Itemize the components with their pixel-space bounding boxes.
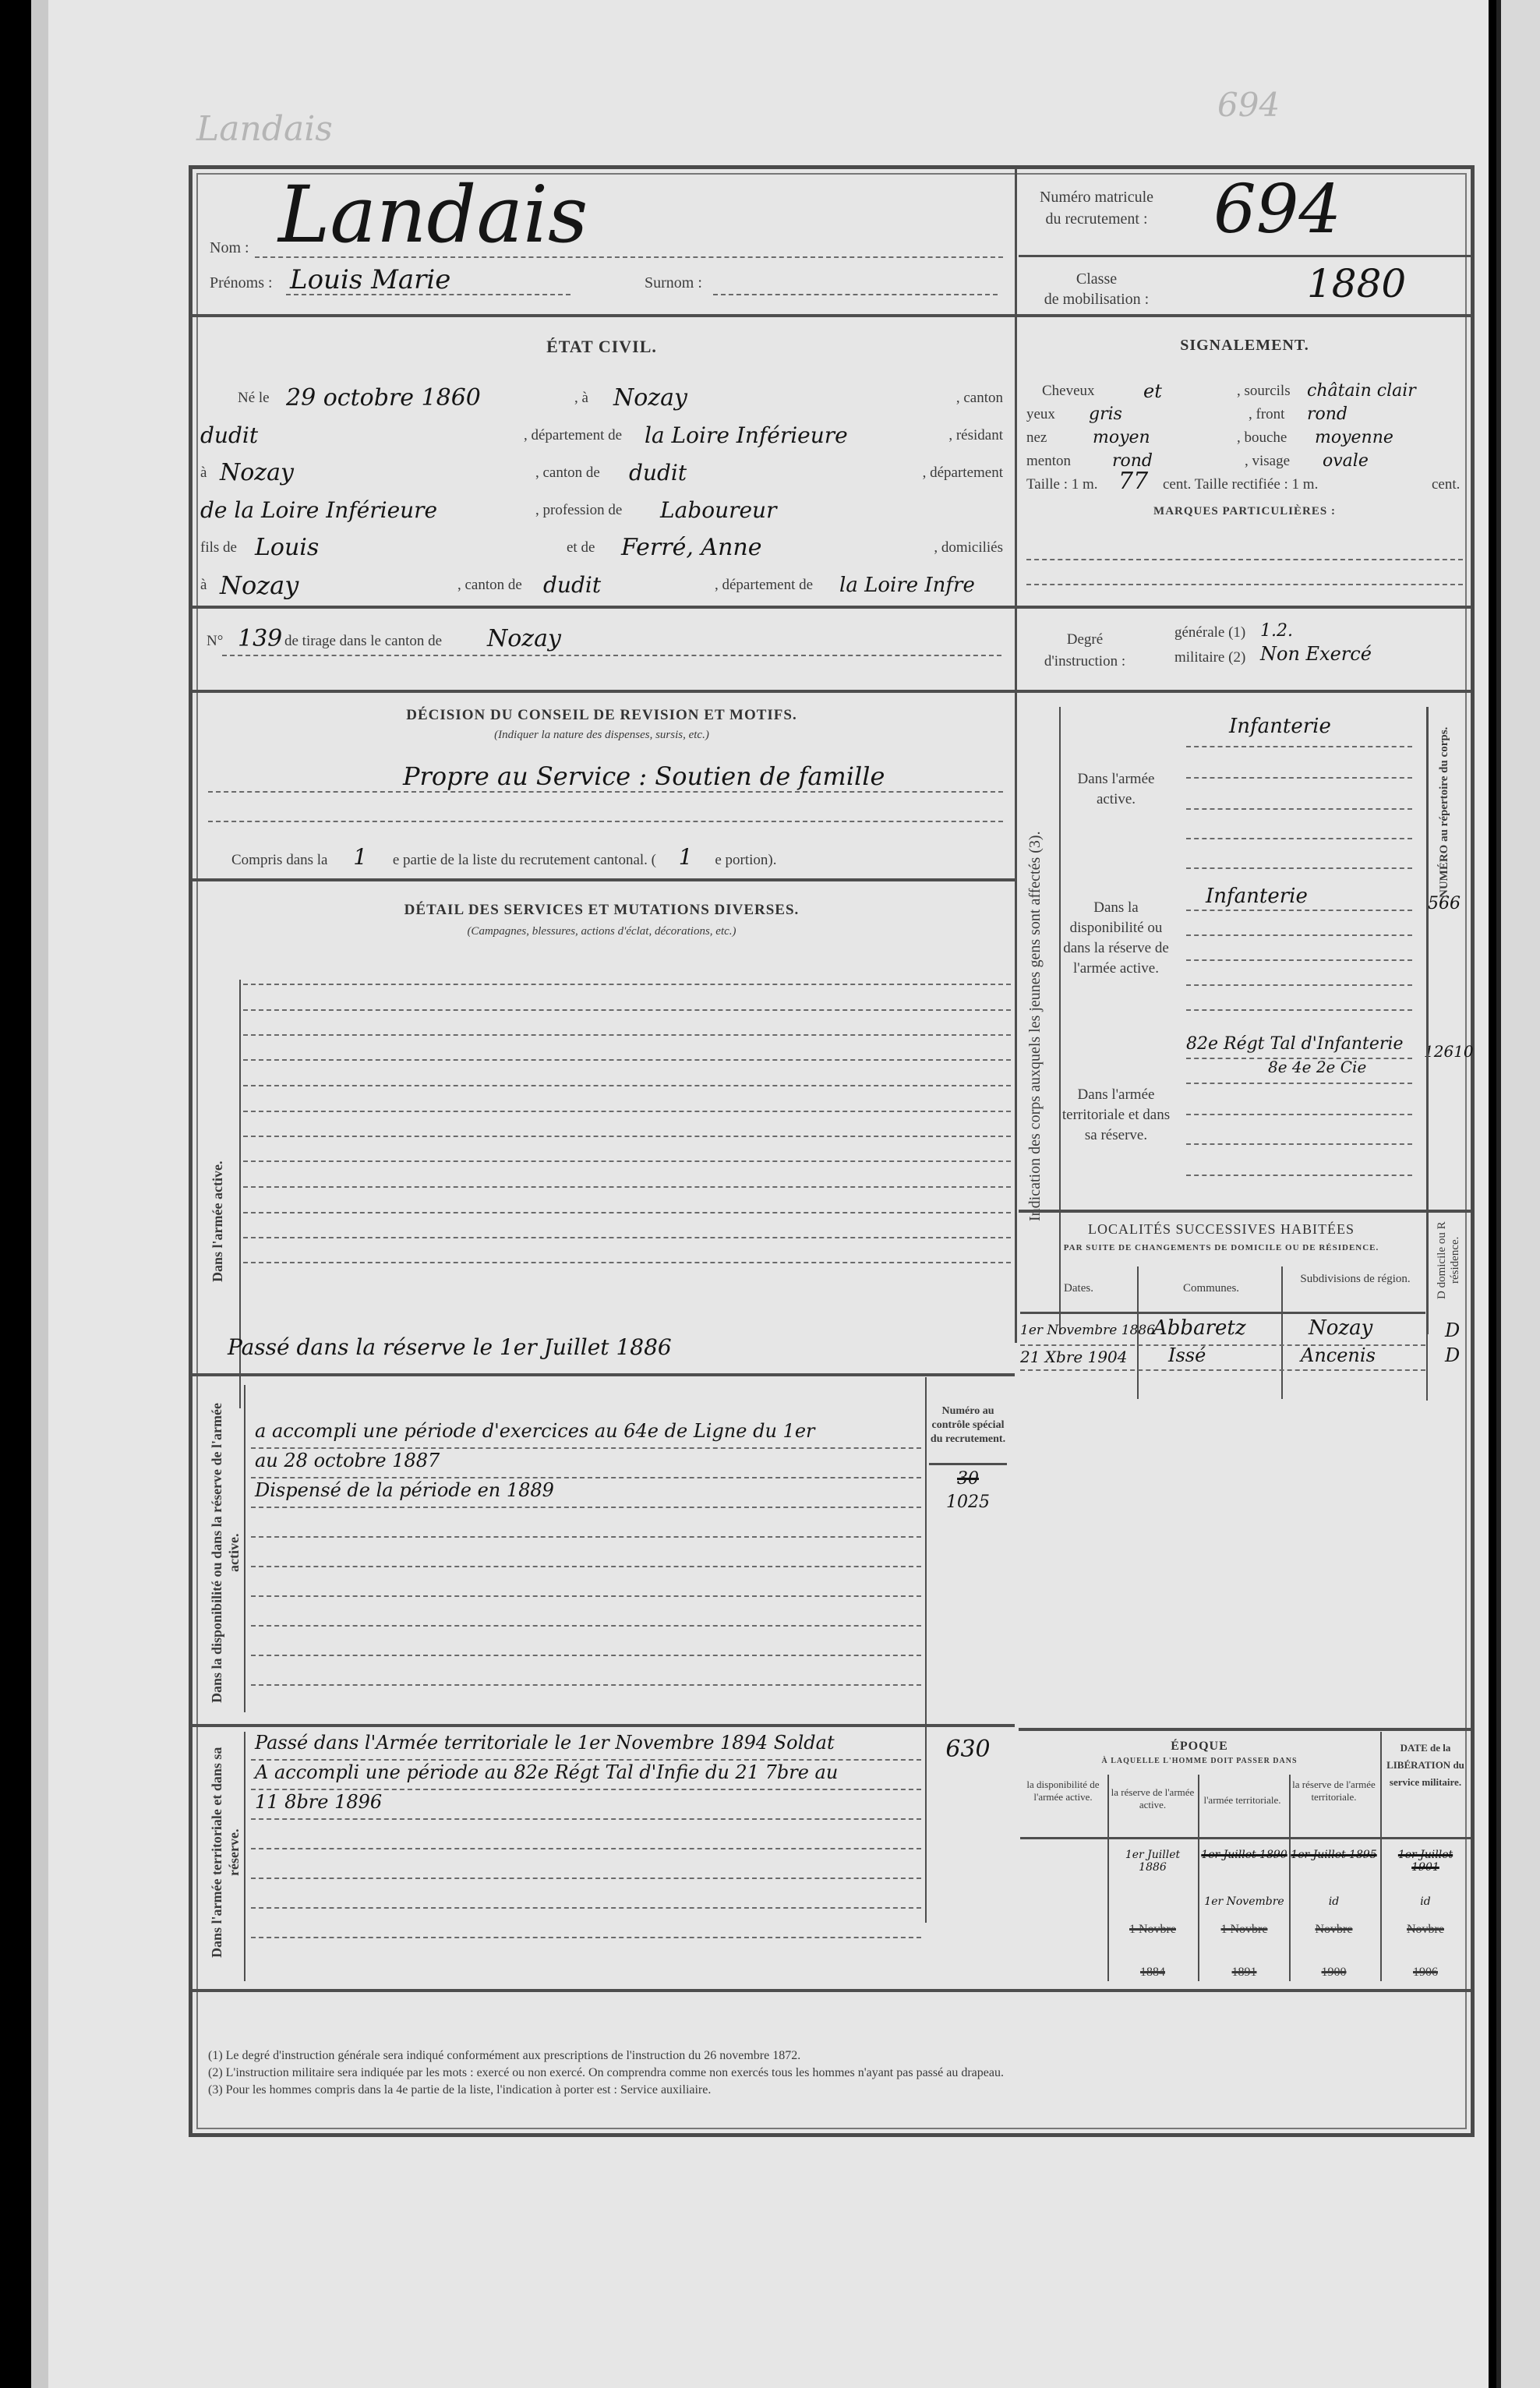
footnote-1: (1) Le degré d'instruction générale sera… xyxy=(208,2047,1455,2065)
epoque-liberation: 1er Juillet 1901 xyxy=(1383,1849,1468,1874)
parents-canton: dudit xyxy=(543,567,601,604)
prenoms-label: Prénoms : xyxy=(210,274,273,292)
instruction-generale: 1.2. xyxy=(1260,621,1293,641)
signalement-title: SIGNALEMENT. xyxy=(1019,337,1471,355)
corps-territoriale-value-2: 8e 4e 2e Cie xyxy=(1268,1058,1366,1076)
portion-value: 1 xyxy=(660,844,712,870)
services-dispo-entries: a accompli une période d'exercices au 64… xyxy=(255,1416,815,1505)
decision-value: Propre au Service : Soutien de famille xyxy=(403,761,885,791)
dispo-entry-1: a accompli une période d'exercices au 64… xyxy=(255,1416,815,1446)
margin-note-name: Landais xyxy=(196,109,333,149)
services-active-entry: Passé dans la réserve le 1er Juillet 188… xyxy=(228,1334,672,1360)
localite-date-2: 21 Xbre 1904 xyxy=(1020,1348,1128,1366)
identity-section: Nom : Landais Prénoms : Louis Marie Surn… xyxy=(192,169,1011,302)
partie-value: 1 xyxy=(331,844,389,870)
classe-value: 1880 xyxy=(1307,261,1406,306)
tirage-canton: Nozay xyxy=(487,625,561,652)
ne-le-label: Né le xyxy=(238,380,270,417)
signalement-section: Cheveux et , sourcils châtain clair yeux… xyxy=(1026,380,1463,523)
corps-territoriale-label: Dans l'armée territoriale et dans sa rés… xyxy=(1061,1085,1171,1146)
military-record-form: Nom : Landais Prénoms : Louis Marie Surn… xyxy=(189,165,1475,2137)
residence-department: de la Loire Inférieure xyxy=(200,492,437,529)
liberation-label: DATE de la LIBÉRATION du service militai… xyxy=(1383,1740,1468,1791)
epoque-reserve-active: 1er Juillet 1886 xyxy=(1110,1849,1196,1874)
services-territoriale-entries: Passé dans l'Armée territoriale le 1er N… xyxy=(255,1728,838,1817)
matricule-section: Numéro matricule du recrutement : 694 Cl… xyxy=(1019,169,1471,314)
eyes-value: gris xyxy=(1089,403,1122,426)
localite-date-1: 1er Novembre 1886 xyxy=(1020,1323,1155,1338)
forehead-value: rond xyxy=(1307,403,1347,426)
services-dispo-label: Dans la disponibilité ou dans la réserve… xyxy=(208,1385,242,1720)
epoque-territoriale: 1er Juillet 1890 xyxy=(1199,1849,1289,1861)
localite-subdivision-1: Nozay xyxy=(1309,1316,1372,1340)
classe-label-2: de mobilisation : xyxy=(1019,289,1174,309)
corps-disponibilite-value: Infanterie xyxy=(1206,885,1308,908)
tirage-number: 139 xyxy=(238,625,282,652)
instruction-militaire: Non Exercé xyxy=(1260,643,1372,665)
footnote-3: (3) Pour les hommes compris dans la 4e p… xyxy=(208,2082,1455,2099)
footnote-2: (2) L'instruction militaire sera indiqué… xyxy=(208,2065,1455,2082)
margin-note-number: 694 xyxy=(1217,86,1280,124)
localite-dr-2: D xyxy=(1445,1344,1460,1366)
localite-commune-1: Abbaretz xyxy=(1153,1316,1246,1340)
birth-department: la Loire Inférieure xyxy=(645,417,848,454)
controle-new: 1025 xyxy=(929,1492,1007,1512)
corps-disponibilite-label: Dans la disponibilité ou dans la réserve… xyxy=(1061,898,1171,979)
mouth-value: moyenne xyxy=(1315,426,1393,450)
residence-canton: dudit xyxy=(629,454,687,492)
localites-subtitle: PAR SUITE DE CHANGEMENTS DE DOMICILE OU … xyxy=(1019,1243,1424,1252)
profession: Laboureur xyxy=(660,492,776,529)
localite-commune-2: Issé xyxy=(1168,1344,1206,1366)
mother-name: Ferré, Anne xyxy=(621,529,762,567)
hair-value: et xyxy=(1143,380,1162,403)
surnom-label: Surnom : xyxy=(645,274,702,292)
compris-line: Compris dans la 1 e partie de la liste d… xyxy=(231,844,1011,870)
marques-label: MARQUES PARTICULIÈRES : xyxy=(1026,500,1463,523)
corps-active-label: Dans l'armée active. xyxy=(1061,769,1171,810)
corps-territoriale-value-1: 82e Régt Tal d'Infanterie xyxy=(1186,1034,1403,1054)
localite-subdivision-2: Ancenis xyxy=(1301,1344,1376,1366)
etat-civil-title: ÉTAT CIVIL. xyxy=(192,337,1011,357)
etat-civil-section: Né le 29 octobre 1860 , à Nozay , canton… xyxy=(200,380,1011,604)
nom-value: Landais xyxy=(278,169,588,260)
register-page: Landais 694 Nom : Landais Prénoms : Loui… xyxy=(31,0,1489,2388)
father-name: Louis xyxy=(255,529,319,567)
services-subtitle: (Campagnes, blessures, actions d'éclat, … xyxy=(192,925,1011,938)
territoriale-entry-2: A accompli une période au 82e Régt Tal d… xyxy=(255,1757,838,1787)
services-title: DÉTAIL DES SERVICES ET MUTATIONS DIVERSE… xyxy=(192,902,1011,919)
face-value: ovale xyxy=(1323,450,1369,473)
residence: Nozay xyxy=(220,454,294,492)
territoriale-number: 630 xyxy=(929,1736,1007,1763)
birth-date: 29 octobre 1860 xyxy=(286,380,481,417)
services-territoriale-label: Dans l'armée territoriale et dans sa rés… xyxy=(208,1736,242,1969)
dispo-entry-2: au 28 octobre 1887 xyxy=(255,1446,815,1475)
decision-subtitle: (Indiquer la nature des dispenses, sursi… xyxy=(192,729,1011,742)
territoriale-entry-1: Passé dans l'Armée territoriale le 1er N… xyxy=(255,1728,838,1757)
footnotes: (1) Le degré d'instruction générale sera… xyxy=(208,2047,1455,2099)
parents-domicile: Nozay xyxy=(220,567,298,604)
epoque-table: ÉPOQUE À LAQUELLE L'HOMME DOIT PASSER DA… xyxy=(1020,1732,1471,1981)
classe-label-1: Classe xyxy=(1019,269,1174,289)
corps-active-value: Infanterie xyxy=(1229,715,1331,738)
localites-table: Dates. Communes. Subdivisions de région.… xyxy=(1020,1266,1425,1399)
decision-title: DÉCISION DU CONSEIL DE REVISION ET MOTIF… xyxy=(192,707,1011,724)
localites-title: LOCALITÉS SUCCESSIVES HABITÉES xyxy=(1019,1221,1424,1238)
controle-old: 30 xyxy=(929,1469,1007,1489)
matricule-value: 694 xyxy=(1213,171,1341,249)
corps-numero-label: NUMÉRO au répertoire du corps. xyxy=(1438,715,1451,910)
next-page-edge xyxy=(1496,0,1540,2388)
territoriale-entry-3: 11 8bre 1896 xyxy=(255,1787,838,1817)
corps-territoriale-number: 12610 xyxy=(1424,1042,1474,1061)
dispo-entry-3: Dispensé de la période en 1889 xyxy=(255,1475,815,1505)
nose-value: moyen xyxy=(1093,426,1150,450)
birth-canton: dudit xyxy=(200,417,258,454)
epoque-reserve-territoriale: 1er Juillet 1895 xyxy=(1289,1849,1379,1861)
controle-label: Numéro au contrôle spécial du recrutemen… xyxy=(929,1404,1007,1447)
nom-label: Nom : xyxy=(210,239,249,257)
localite-dr-1: D xyxy=(1445,1319,1460,1341)
parents-department: la Loire Infre xyxy=(839,567,975,604)
matricule-label-2: du recrutement : xyxy=(1019,208,1174,230)
localites-dr-label: D domicile ou R résidence. xyxy=(1436,1213,1462,1307)
birthplace: Nozay xyxy=(613,380,687,417)
height-cm: 77 xyxy=(1118,470,1148,493)
eyebrows-value: châtain clair xyxy=(1307,380,1416,403)
matricule-label-1: Numéro matricule xyxy=(1019,186,1174,208)
prenoms-value: Louis Marie xyxy=(290,264,450,295)
